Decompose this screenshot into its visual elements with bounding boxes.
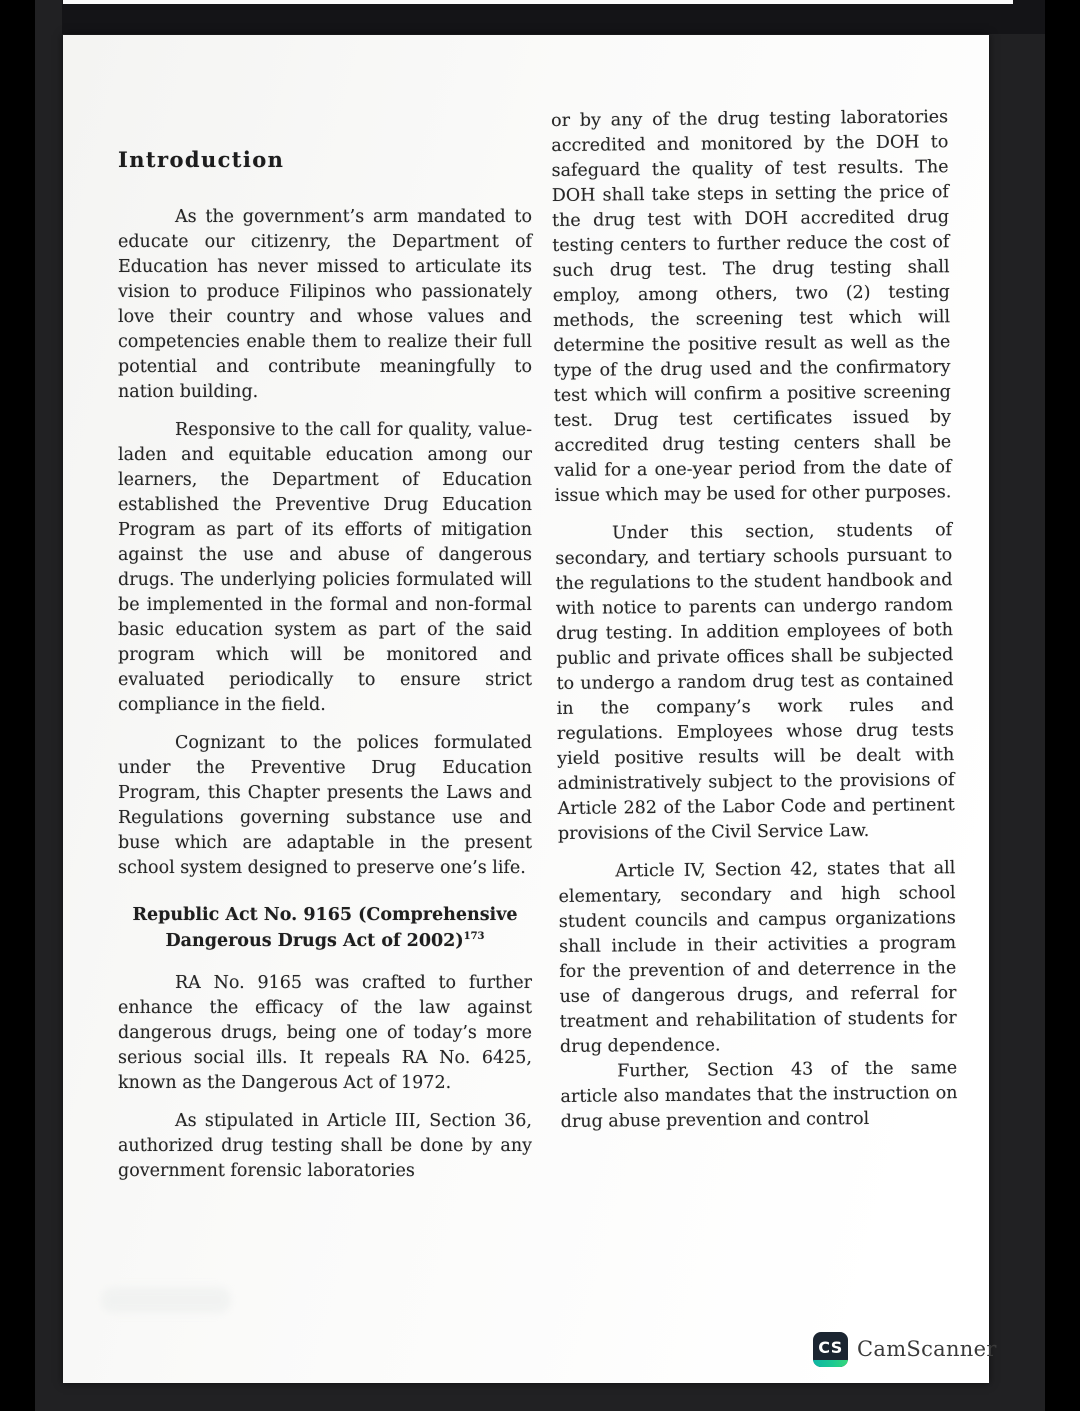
right-column: or by any of the drug testing laboratori… (551, 105, 958, 1135)
document-viewer[interactable]: Introduction As the government’s arm man… (0, 0, 1080, 1411)
act-heading-footnote-marker: 173 (464, 931, 485, 942)
camscanner-watermark: CS CamScanner (813, 1331, 997, 1367)
left-column: Introduction As the government’s arm man… (118, 147, 532, 1184)
right-paragraph-4: Further, Section 43 of the same article … (560, 1056, 958, 1135)
scanned-page: Introduction As the government’s arm man… (63, 35, 989, 1383)
act-paragraph-1: RA No. 9165 was crafted to further enhan… (118, 971, 532, 1096)
intro-paragraph-2: Responsive to the call for quality, valu… (118, 418, 532, 718)
right-paragraph-1: or by any of the drug testing laboratori… (551, 105, 952, 509)
camscanner-icon-letters: CS (818, 1338, 843, 1357)
intro-paragraph-1: As the government’s arm mandated to educ… (118, 205, 532, 405)
act-paragraph-2: As stipulated in Article III, Section 36… (118, 1109, 532, 1184)
page-gap-band (62, 0, 1045, 34)
right-paragraph-3: Article IV, Section 42, states that all … (558, 856, 957, 1060)
intro-heading: Introduction (118, 147, 532, 172)
camscanner-icon-accent-strip (813, 1360, 848, 1367)
camscanner-icon: CS (813, 1332, 848, 1367)
scan-smudge-artifact (101, 1287, 231, 1313)
right-paragraph-2: Under this section, students of secondar… (555, 518, 955, 847)
camscanner-label: CamScanner (857, 1337, 997, 1361)
act-heading: Republic Act No. 9165 (Comprehensive Dan… (118, 902, 532, 954)
previous-page-edge (63, 0, 1013, 4)
intro-paragraph-3: Cognizant to the polices formulated unde… (118, 731, 532, 881)
act-heading-text: Republic Act No. 9165 (Comprehensive Dan… (132, 905, 517, 951)
